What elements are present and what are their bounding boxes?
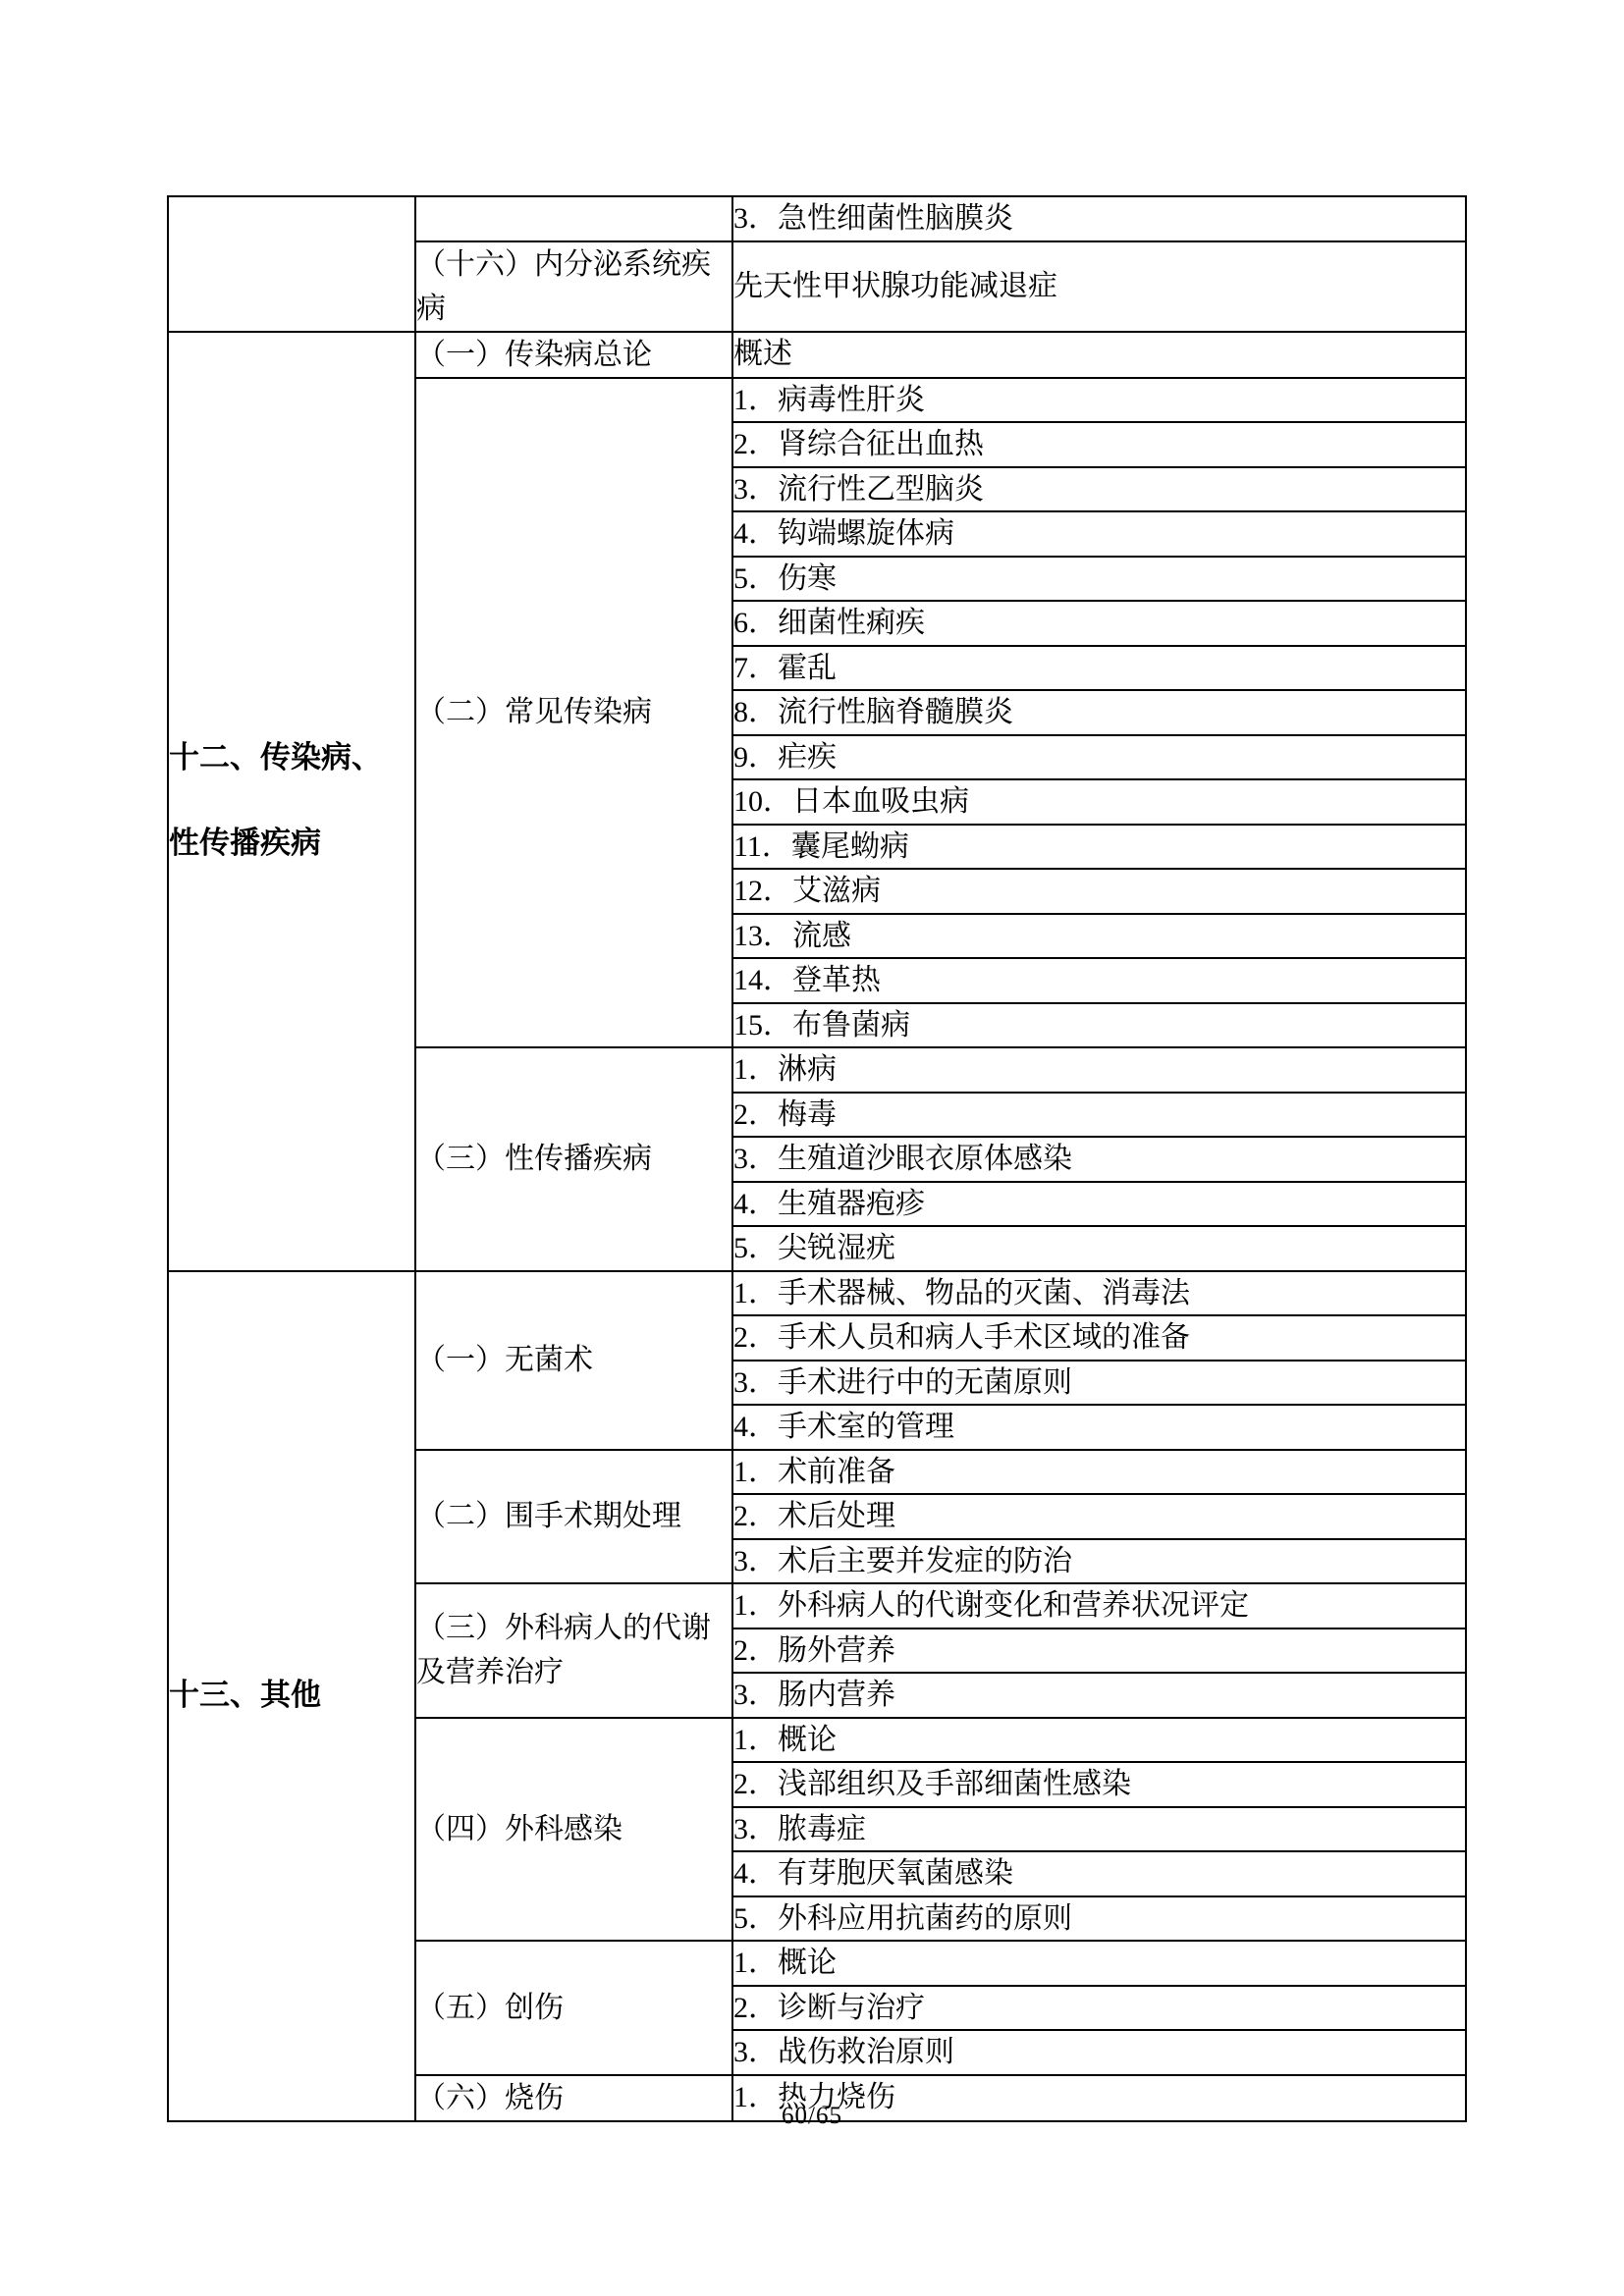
topic-text: 1．外科病人的代谢变化和营养状况评定 — [733, 1584, 1465, 1628]
topic-text: 10．日本血吸虫病 — [733, 780, 1465, 824]
chapter-cell — [168, 196, 415, 332]
section-cell: （二）围手术期处理 — [415, 1450, 732, 1584]
topic-cell: 4．生殖器疱疹 — [732, 1182, 1466, 1227]
topic-text: 概述 — [733, 333, 1465, 376]
topic-text: 4．手术室的管理 — [733, 1406, 1465, 1449]
topic-text: 先天性甲状腺功能减退症 — [733, 265, 1465, 308]
topic-cell: 2．手术人员和病人手术区域的准备 — [732, 1315, 1466, 1361]
topic-cell: 1．手术器械、物品的灭菌、消毒法 — [732, 1271, 1466, 1316]
topic-text: 15．布鲁菌病 — [733, 1004, 1465, 1047]
section-cell — [415, 196, 732, 241]
topic-text: 2．术后处理 — [733, 1495, 1465, 1538]
topic-text: 1．概论 — [733, 1719, 1465, 1762]
topic-cell: 4．手术室的管理 — [732, 1405, 1466, 1450]
topic-cell: 3．手术进行中的无菌原则 — [732, 1361, 1466, 1406]
topic-cell: 2．肠外营养 — [732, 1629, 1466, 1674]
topic-text: 3．肠内营养 — [733, 1674, 1465, 1717]
topic-cell: 2．诊断与治疗 — [732, 1986, 1466, 2031]
section-cell: （五）创伤 — [415, 1941, 732, 2075]
topic-cell: 1．概论 — [732, 1718, 1466, 1763]
topic-text: 12．艾滋病 — [733, 870, 1465, 913]
document-page: 3．急性细菌性脑膜炎（十六）内分泌系统疾病先天性甲状腺功能减退症十二、传染病、性… — [0, 0, 1624, 2296]
topic-cell: 6．细菌性痢疾 — [732, 601, 1466, 646]
topic-cell: 4．钩端螺旋体病 — [732, 511, 1466, 557]
topic-cell: 1．概论 — [732, 1941, 1466, 1986]
topic-text: 2．肠外营养 — [733, 1629, 1465, 1673]
topic-text: 11．囊尾蚴病 — [733, 826, 1465, 869]
topic-text: 2．手术人员和病人手术区域的准备 — [733, 1316, 1465, 1360]
topic-cell: 2．浅部组织及手部细菌性感染 — [732, 1762, 1466, 1807]
topic-text: 14．登革热 — [733, 959, 1465, 1002]
topic-text: 2．肾综合征出血热 — [733, 423, 1465, 466]
chapter-cell: 十三、其他 — [168, 1271, 415, 2121]
topic-text: 2．浅部组织及手部细菌性感染 — [733, 1763, 1465, 1806]
topic-cell: 11．囊尾蚴病 — [732, 825, 1466, 870]
topic-text: 3．流行性乙型脑炎 — [733, 468, 1465, 511]
topic-cell: 14．登革热 — [732, 958, 1466, 1003]
topic-cell: 3．生殖道沙眼衣原体感染 — [732, 1137, 1466, 1182]
section-label: （二）围手术期处理 — [416, 1494, 731, 1538]
topic-cell: 12．艾滋病 — [732, 869, 1466, 914]
section-label: （三）性传播疾病 — [416, 1137, 731, 1181]
topic-text: 5．尖锐湿疣 — [733, 1227, 1465, 1270]
topic-text: 1．概论 — [733, 1942, 1465, 1985]
topic-text: 2．诊断与治疗 — [733, 1987, 1465, 2030]
chapter-title-line: 十三、其他 — [169, 1674, 414, 1718]
topic-cell: 3．战伤救治原则 — [732, 2030, 1466, 2075]
topic-text: 3．急性细菌性脑膜炎 — [733, 197, 1465, 240]
section-cell: （三）性传播疾病 — [415, 1047, 732, 1271]
topic-cell: 13．流感 — [732, 914, 1466, 959]
topic-text: 7．霍乱 — [733, 647, 1465, 690]
topic-cell: 1．术前准备 — [732, 1450, 1466, 1495]
topic-cell: 2．梅毒 — [732, 1093, 1466, 1138]
topic-text: 4．钩端螺旋体病 — [733, 512, 1465, 556]
section-label: （四）外科感染 — [416, 1807, 731, 1851]
page-number: 60/65 — [0, 2103, 1624, 2130]
topic-text: 9．疟疾 — [733, 736, 1465, 779]
topic-text: 4．有芽胞厌氧菌感染 — [733, 1852, 1465, 1896]
topic-cell: 3．肠内营养 — [732, 1673, 1466, 1718]
topic-cell: 2．术后处理 — [732, 1494, 1466, 1539]
topic-cell: 9．疟疾 — [732, 735, 1466, 780]
topic-text: 1．淋病 — [733, 1048, 1465, 1092]
section-cell: （四）外科感染 — [415, 1718, 732, 1942]
section-label: （一）传染病总论 — [416, 333, 731, 377]
section-cell: （一）传染病总论 — [415, 332, 732, 378]
topic-cell: 15．布鲁菌病 — [732, 1003, 1466, 1048]
topic-cell: 7．霍乱 — [732, 646, 1466, 691]
section-label: （三）外科病人的代谢及营养治疗 — [416, 1606, 731, 1694]
table-row: 十二、传染病、性传播疾病（一）传染病总论概述 — [168, 332, 1466, 378]
topic-text: 3．术后主要并发症的防治 — [733, 1540, 1465, 1583]
section-label: （一）无菌术 — [416, 1338, 731, 1382]
topic-cell: 3．急性细菌性脑膜炎 — [732, 196, 1466, 241]
topic-text: 8．流行性脑脊髓膜炎 — [733, 691, 1465, 734]
topic-cell: 1．病毒性肝炎 — [732, 378, 1466, 423]
topic-cell: 概述 — [732, 332, 1466, 378]
topic-cell: 3．术后主要并发症的防治 — [732, 1539, 1466, 1584]
chapter-title-line: 性传播疾病 — [169, 822, 414, 866]
topic-text: 1．术前准备 — [733, 1451, 1465, 1494]
topic-text: 3．脓毒症 — [733, 1808, 1465, 1851]
topic-text: 3．手术进行中的无菌原则 — [733, 1362, 1465, 1405]
section-cell: （十六）内分泌系统疾病 — [415, 241, 732, 332]
topic-text: 3．战伤救治原则 — [733, 2031, 1465, 2074]
topic-cell: 10．日本血吸虫病 — [732, 779, 1466, 825]
topic-text: 2．梅毒 — [733, 1094, 1465, 1137]
topic-text: 3．生殖道沙眼衣原体感染 — [733, 1138, 1465, 1181]
section-cell: （二）常见传染病 — [415, 378, 732, 1048]
topic-cell: 4．有芽胞厌氧菌感染 — [732, 1851, 1466, 1896]
chapter-cell: 十二、传染病、性传播疾病 — [168, 332, 415, 1271]
topic-text: 5．伤寒 — [733, 558, 1465, 601]
topic-text: 6．细菌性痢疾 — [733, 602, 1465, 645]
topic-cell: 8．流行性脑脊髓膜炎 — [732, 690, 1466, 735]
syllabus-table-body: 3．急性细菌性脑膜炎（十六）内分泌系统疾病先天性甲状腺功能减退症十二、传染病、性… — [168, 196, 1466, 2121]
syllabus-table: 3．急性细菌性脑膜炎（十六）内分泌系统疾病先天性甲状腺功能减退症十二、传染病、性… — [167, 195, 1467, 2122]
topic-text: 1．手术器械、物品的灭菌、消毒法 — [733, 1272, 1465, 1315]
topic-text: 13．流感 — [733, 915, 1465, 958]
table-row: 十三、其他（一）无菌术1．手术器械、物品的灭菌、消毒法 — [168, 1271, 1466, 1316]
topic-cell: 1．外科病人的代谢变化和营养状况评定 — [732, 1583, 1466, 1629]
topic-text: 4．生殖器疱疹 — [733, 1183, 1465, 1226]
topic-cell: 5．外科应用抗菌药的原则 — [732, 1896, 1466, 1942]
topic-text: 5．外科应用抗菌药的原则 — [733, 1897, 1465, 1941]
topic-cell: 3．脓毒症 — [732, 1807, 1466, 1852]
topic-cell: 5．伤寒 — [732, 557, 1466, 602]
section-cell: （一）无菌术 — [415, 1271, 732, 1450]
topic-cell: 先天性甲状腺功能减退症 — [732, 241, 1466, 332]
topic-cell: 1．淋病 — [732, 1047, 1466, 1093]
topic-text: 1．病毒性肝炎 — [733, 379, 1465, 422]
section-label: （十六）内分泌系统疾病 — [416, 242, 731, 331]
topic-cell: 2．肾综合征出血热 — [732, 422, 1466, 467]
section-cell: （三）外科病人的代谢及营养治疗 — [415, 1583, 732, 1718]
topic-cell: 3．流行性乙型脑炎 — [732, 467, 1466, 512]
section-label: （二）常见传染病 — [416, 690, 731, 734]
topic-cell: 5．尖锐湿疣 — [732, 1226, 1466, 1271]
section-label: （五）创伤 — [416, 1986, 731, 2030]
chapter-title-line: 十二、传染病、 — [169, 736, 414, 780]
table-row: 3．急性细菌性脑膜炎 — [168, 196, 1466, 241]
